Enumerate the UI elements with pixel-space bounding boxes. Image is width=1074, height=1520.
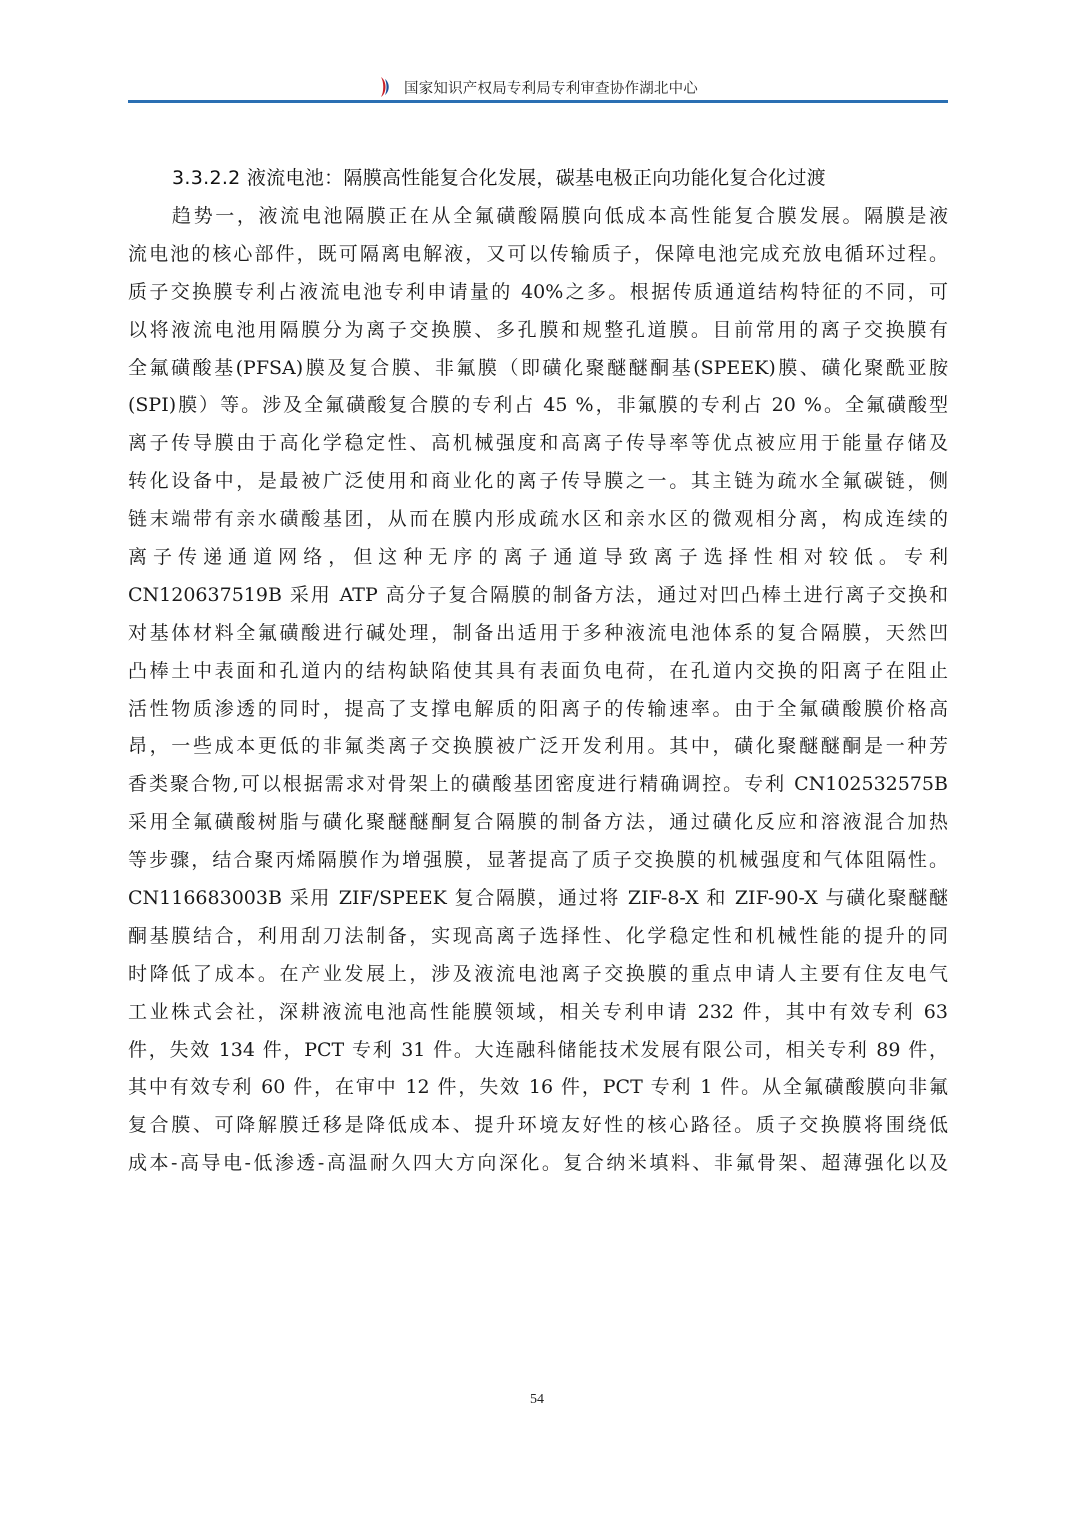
text-line: 香类聚合物,可以根据需求对骨架上的磺酸基团密度进行精确调控。专利 CN10253…: [128, 766, 948, 804]
text-line: 件，失效 134 件，PCT 专利 31 件。大连融科储能技术发展有限公司，相关…: [128, 1032, 948, 1070]
office-logo-icon: [378, 76, 392, 98]
text-line: 复合膜、可降解膜迁移是降低成本、提升环境友好性的核心路径。质子交换膜将围绕低: [128, 1107, 948, 1145]
text-line: 时降低了成本。在产业发展上，涉及液流电池离子交换膜的重点申请人主要有住友电气: [128, 956, 948, 994]
text-line: 转化设备中，是最被广泛使用和商业化的离子传导膜之一。其主链为疏水全氟碳链，侧: [128, 463, 948, 501]
text-line: 成本-高导电-低渗透-高温耐久四大方向深化。复合纳米填料、非氟骨架、超薄强化以及: [128, 1145, 948, 1183]
text-line: 工业株式会社，深耕液流电池高性能膜领域，相关专利申请 232 件，其中有效专利 …: [128, 994, 948, 1032]
page-header: 国家知识产权局专利局专利审查协作湖北中心: [128, 72, 948, 102]
body-paragraph: 趋势一，液流电池隔膜正在从全氟磺酸隔膜向低成本高性能复合膜发展。隔膜是液 流电池…: [128, 198, 948, 1183]
header-divider: [128, 100, 948, 103]
text-line: 采用全氟磺酸树脂与磺化聚醚醚酮复合隔膜的制备方法，通过磺化反应和溶液混合加热: [128, 804, 948, 842]
text-line: 流电池的核心部件，既可隔离电解液，又可以传输质子，保障电池完成充放电循环过程。: [128, 236, 948, 274]
text-line: 以将液流电池用隔膜分为离子交换膜、多孔膜和规整孔道膜。目前常用的离子交换膜有: [128, 312, 948, 350]
text-line: 其中有效专利 60 件，在审中 12 件，失效 16 件，PCT 专利 1 件。…: [128, 1069, 948, 1107]
text-line: CN120637519B 采用 ATP 高分子复合隔膜的制备方法，通过对凹凸棒土…: [128, 577, 948, 615]
text-line: 凸棒土中表面和孔道内的结构缺陷使其具有表面负电荷，在孔道内交换的阳离子在阻止: [128, 653, 948, 691]
text-line: 对基体材料全氟磺酸进行碱处理，制备出适用于多种液流电池体系的复合隔膜，天然凹: [128, 615, 948, 653]
section-heading: 3.3.2.2 液流电池：隔膜高性能复合化发展，碳基电极正向功能化复合化过渡: [172, 163, 826, 190]
text-line: 趋势一，液流电池隔膜正在从全氟磺酸隔膜向低成本高性能复合膜发展。隔膜是液: [128, 198, 948, 236]
text-line: 昂，一些成本更低的非氟类离子交换膜被广泛开发利用。其中，磺化聚醚醚酮是一种芳: [128, 728, 948, 766]
text-line: 全氟磺酸基(PFSA)膜及复合膜、非氟膜（即磺化聚醚醚酮基(SPEEK)膜、磺化…: [128, 350, 948, 388]
page-number: 54: [0, 1392, 1074, 1408]
text-line: 等步骤，结合聚丙烯隔膜作为增强膜，显著提高了质子交换膜的机械强度和气体阻隔性。: [128, 842, 948, 880]
text-line: CN116683003B 采用 ZIF/SPEEK 复合隔膜，通过将 ZIF-8…: [128, 880, 948, 918]
text-line: 活性物质渗透的同时，提高了支撑电解质的阳离子的传输速率。由于全氟磺酸膜价格高: [128, 691, 948, 729]
header-title: 国家知识产权局专利局专利审查协作湖北中心: [404, 77, 698, 98]
text-line: 质子交换膜专利占液流电池专利申请量的 40%之多。根据传质通道结构特征的不同，可: [128, 274, 948, 312]
text-line: (SPI)膜）等。涉及全氟磺酸复合膜的专利占 45 %，非氟膜的专利占 20 %…: [128, 387, 948, 425]
text-line: 链末端带有亲水磺酸基团，从而在膜内形成疏水区和亲水区的微观相分离，构成连续的: [128, 501, 948, 539]
text-line: 离子传导膜由于高化学稳定性、高机械强度和高离子传导率等优点被应用于能量存储及: [128, 425, 948, 463]
text-line: 离子传递通道网络，但这种无序的离子通道导致离子选择性相对较低。专利: [128, 539, 948, 577]
text-line: 酮基膜结合，利用刮刀法制备，实现高离子选择性、化学稳定性和机械性能的提升的同: [128, 918, 948, 956]
